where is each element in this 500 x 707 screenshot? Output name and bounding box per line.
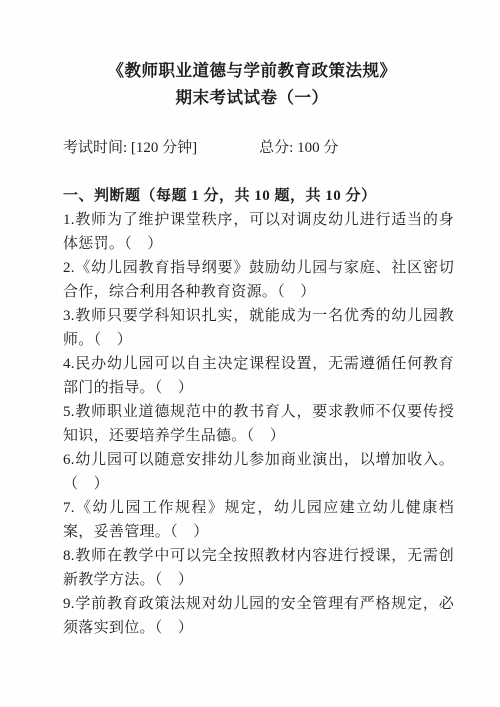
question-4-line-2: 部门的指导。（ ） [63, 376, 454, 400]
question-6-line-1: 6.幼儿园可以随意安排幼儿参加商业演出，以增加收入。 [63, 448, 454, 472]
question-6: 6.幼儿园可以随意安排幼儿参加商业演出，以增加收入。 （ ） [63, 448, 454, 496]
question-1: 1.教师为了维护课堂秩序，可以对调皮幼儿进行适当的身 体惩罚。（ ） [63, 208, 454, 256]
question-7-line-1: 7.《幼儿园工作规程》规定，幼儿园应建立幼儿健康档 [63, 496, 454, 520]
question-4: 4.民办幼儿园可以自主决定课程设置，无需遵循任何教育 部门的指导。（ ） [63, 352, 454, 400]
question-6-line-2: （ ） [63, 472, 454, 496]
question-3-line-1: 3.教师只要学科知识扎实，就能成为一名优秀的幼儿园教 [63, 304, 454, 328]
title-line-2: 期末考试试卷（一） [50, 84, 454, 111]
question-1-line-1: 1.教师为了维护课堂秩序，可以对调皮幼儿进行适当的身 [63, 208, 454, 232]
question-2-line-1: 2.《幼儿园教育指导纲要》鼓励幼儿园与家庭、社区密切 [63, 256, 454, 280]
question-5-line-2: 知识，还要培养学生品德。（ ） [63, 424, 454, 448]
question-8-line-1: 8.教师在教学中可以完全按照教材内容进行授课，无需创 [63, 544, 454, 568]
question-5-line-1: 5.教师职业道德规范中的教书育人，要求教师不仅要传授 [63, 400, 454, 424]
section-heading: 一、判断题（每题 1 分，共 10 题，共 10 分） [63, 184, 454, 208]
question-7-line-2: 案，妥善管理。（ ） [63, 520, 454, 544]
question-9-line-2: 须落实到位。（ ） [63, 616, 454, 640]
question-8: 8.教师在教学中可以完全按照教材内容进行授课，无需创 新教学方法。（ ） [63, 544, 454, 592]
question-3-line-2: 师。（ ） [63, 328, 454, 352]
question-9-line-1: 9.学前教育政策法规对幼儿园的安全管理有严格规定，必 [63, 592, 454, 616]
question-2-line-2: 合作，综合利用各种教育资源。（ ） [63, 280, 454, 304]
exam-meta-row: 考试时间: [120 分钟]总分: 100 分 [63, 136, 454, 160]
question-list: 1.教师为了维护课堂秩序，可以对调皮幼儿进行适当的身 体惩罚。（ ） 2.《幼儿… [63, 208, 454, 640]
question-1-line-2: 体惩罚。（ ） [63, 232, 454, 256]
question-7: 7.《幼儿园工作规程》规定，幼儿园应建立幼儿健康档 案，妥善管理。（ ） [63, 496, 454, 544]
total-score-label: 总分: 100 分 [259, 140, 338, 156]
document-title: 《教师职业道德与学前教育政策法规》 期末考试试卷（一） [50, 57, 454, 111]
question-8-line-2: 新教学方法。（ ） [63, 568, 454, 592]
question-3: 3.教师只要学科知识扎实，就能成为一名优秀的幼儿园教 师。（ ） [63, 304, 454, 352]
question-9: 9.学前教育政策法规对幼儿园的安全管理有严格规定，必 须落实到位。（ ） [63, 592, 454, 640]
question-2: 2.《幼儿园教育指导纲要》鼓励幼儿园与家庭、社区密切 合作，综合利用各种教育资源… [63, 256, 454, 304]
exam-paper-page: 《教师职业道德与学前教育政策法规》 期末考试试卷（一） 考试时间: [120 分… [0, 0, 500, 707]
exam-time-label: 考试时间: [120 分钟] [63, 140, 197, 156]
title-line-1: 《教师职业道德与学前教育政策法规》 [50, 57, 454, 84]
question-4-line-1: 4.民办幼儿园可以自主决定课程设置，无需遵循任何教育 [63, 352, 454, 376]
question-5: 5.教师职业道德规范中的教书育人，要求教师不仅要传授 知识，还要培养学生品德。（… [63, 400, 454, 448]
